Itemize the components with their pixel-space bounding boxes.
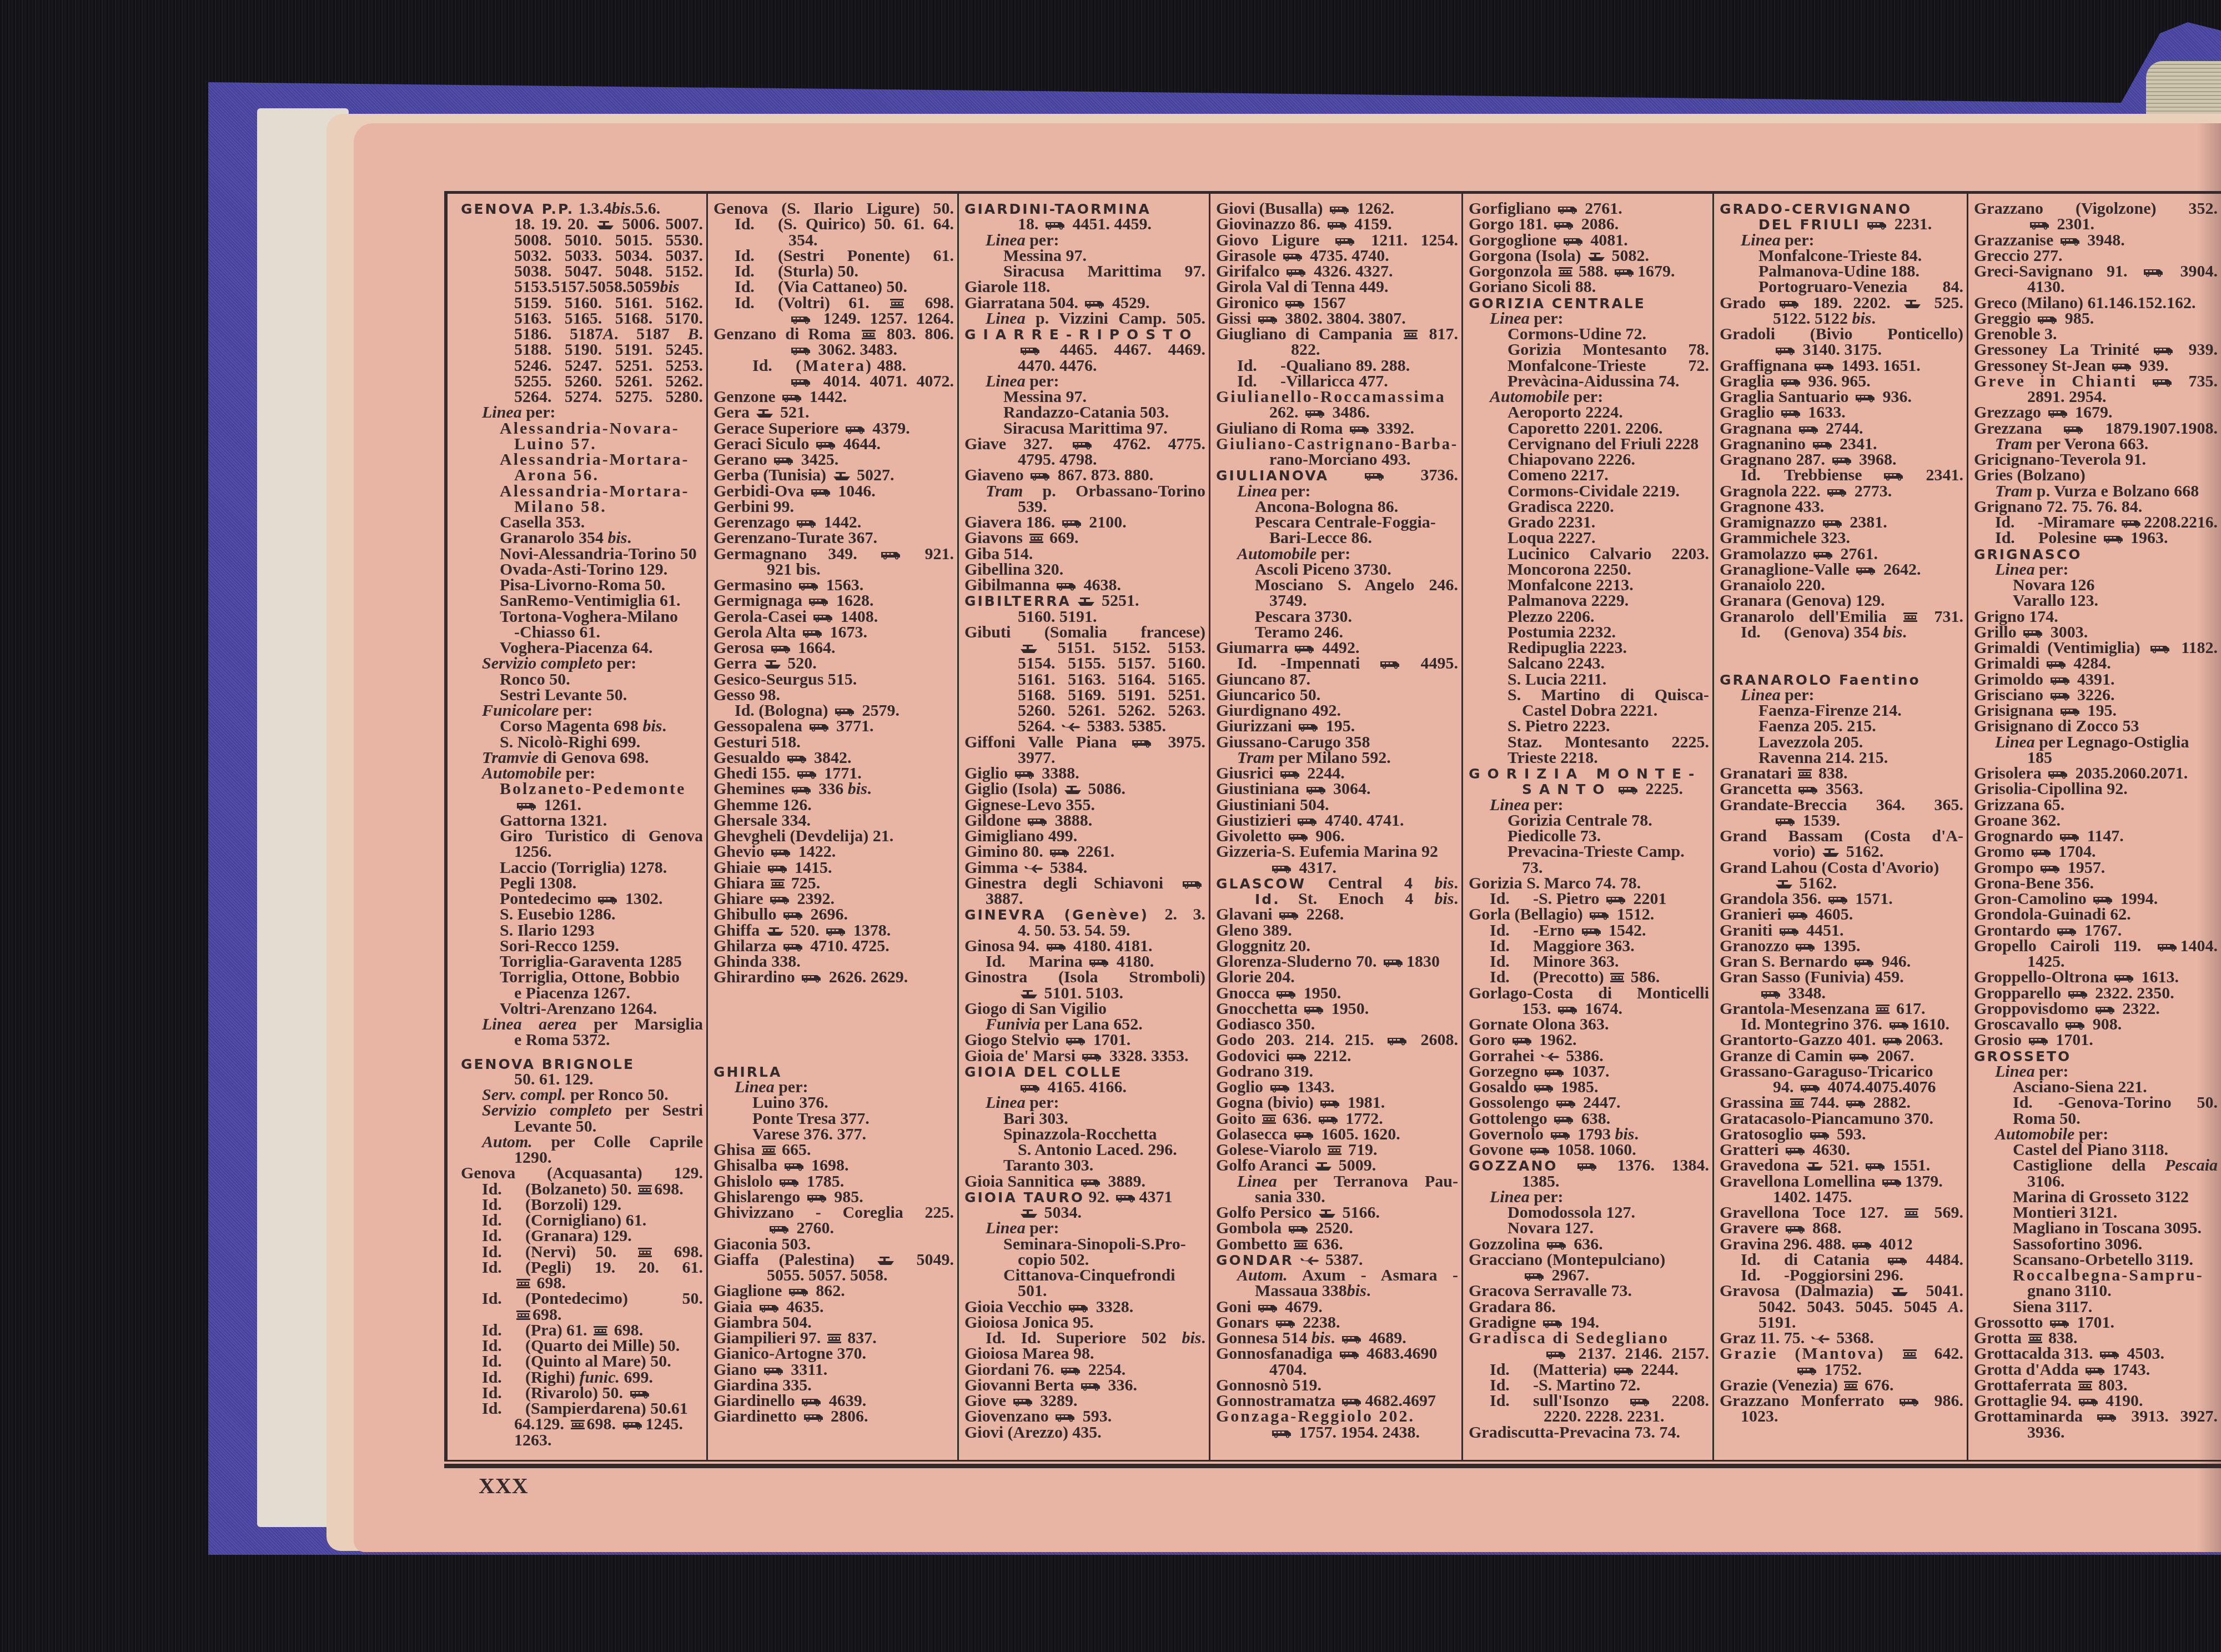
entry-text: Gorzegno 1037.	[1469, 1064, 1609, 1079]
id-label: Id.	[482, 1338, 525, 1354]
italic-label: bis	[848, 780, 867, 798]
bus-icon	[2096, 1413, 2118, 1422]
entry-text: Giglio 3388.	[964, 766, 1079, 781]
entry-detail: Id.(Genova) 354 bis.	[1720, 625, 1963, 640]
entry-text: Grassina 744. 2882.	[1720, 1095, 1911, 1111]
entry-text: Id.(Genova) 354 bis.	[1741, 625, 1907, 640]
entry-text: Voltri-Arenzano 1264.	[500, 1001, 657, 1017]
tram-icon	[570, 1419, 585, 1430]
tram-icon	[1262, 1114, 1277, 1124]
entry-text: Grenoble 3.	[1974, 327, 2057, 342]
entry-text: Id.(Righi) funic. 699.	[482, 1370, 653, 1385]
entry-text: Golese-Viarolo 719.	[1216, 1142, 1377, 1158]
entry-text: Automobile per:	[1995, 1127, 2108, 1142]
entry-text: Gosaldo 1985.	[1469, 1079, 1599, 1095]
entry-text: Gropparello 2322. 2350.	[1974, 986, 2174, 1001]
entry-detail: 698.	[461, 1307, 703, 1323]
bus-icon	[1542, 1319, 1564, 1328]
entry-detail: 5008. 5010. 5015. 5530.	[461, 233, 703, 248]
entry-text: Gornate Olona 363.	[1469, 1017, 1609, 1032]
station-entry: Gerbidi-Ova 1046.	[713, 484, 954, 499]
entry-detail: Aeroporto 2224.	[1469, 405, 1709, 420]
station-entry: Golfo Persico 5166.	[1216, 1205, 1458, 1221]
entry-text: SanRemo-Ventimiglia 61.	[500, 593, 681, 609]
entry-text: Germasino 1563.	[713, 578, 863, 593]
id-label: Id.	[482, 1354, 525, 1369]
entry-text: 5264. 5274. 5275. 5280.	[514, 389, 703, 405]
entry-detail: Linea per:	[964, 233, 1205, 248]
entry-detail: 4165. 4166.	[964, 1079, 1205, 1095]
entry-text: 5246. 5247. 5251. 5253.	[514, 358, 703, 374]
entry-detail: 5154. 5155. 5157. 5160.	[964, 656, 1205, 671]
entry-detail: Magliano in Toscana 3095.	[1974, 1221, 2218, 1236]
entry-detail: Caporetto 2201. 2206.	[1469, 421, 1709, 436]
entry-text: Cormons-Cividale 2219.	[1508, 484, 1680, 499]
station-entry: Grotta d'Adda 1743.	[1974, 1362, 2218, 1378]
entry-detail: 5255. 5260. 5261. 5262.	[461, 374, 703, 389]
entry-detail: Scansano-Orbetello 3119.	[1974, 1252, 2218, 1268]
entry-text: 5038. 5047. 5048. 5152.	[514, 264, 703, 279]
entry-text: Ghiffa 520. 1378.	[713, 923, 891, 938]
station-entry: Gratacasolo-Piancamuno 370.	[1720, 1111, 1963, 1127]
entry-detail: Id.(Rivarolo) 50.	[461, 1385, 703, 1401]
entry-detail: Cittanova-Cinquefrondi	[964, 1268, 1205, 1283]
entry-text: Girifalco 4326. 4327.	[1216, 264, 1393, 279]
entry-text: Gries (Bolzano)	[1974, 468, 2086, 483]
entry-detail: Grado 2231.	[1469, 515, 1709, 530]
entry-text: Id.(Nervi) 50. 698.	[482, 1244, 703, 1260]
entry-text: Varallo 123.	[2013, 593, 2098, 609]
italic-label: bis	[1434, 890, 1454, 908]
entry-text: Bari 303.	[1003, 1111, 1068, 1127]
station-entry: Giussano-Carugo 358	[1216, 735, 1458, 750]
bus-icon	[1557, 205, 1579, 214]
bus-icon	[810, 488, 832, 497]
entry-text: Ghevgheli (Devdelija) 21.	[713, 828, 893, 844]
bus-icon	[1605, 895, 1627, 905]
entry-detail: S. Martino di Quisca-	[1469, 687, 1709, 703]
station-entry: GORIZIA MONTE-	[1469, 766, 1709, 781]
entry-detail: Tramvie di Genova 698.	[461, 750, 703, 766]
station-entry: Godrano 319.	[1216, 1064, 1458, 1079]
entry-text: Giro Turistico di Genova	[500, 828, 703, 844]
entry-text: Grontardo 1767.	[1974, 923, 2122, 938]
station-entry: Gravellona Lomellina 1379.	[1720, 1174, 1963, 1189]
entry-text: Golasecca 1605. 1620.	[1216, 1127, 1400, 1142]
entry-detail: 64.129. 698. 1245.	[461, 1417, 703, 1432]
station-entry: Gerola Alta 1673.	[713, 625, 954, 640]
entry-text: Staz. Montesanto 2225.	[1508, 735, 1709, 750]
bus-icon	[845, 425, 867, 434]
entry-detail: Linea per:	[1720, 687, 1963, 703]
station-entry: Gironico 1567	[1216, 295, 1458, 311]
tram-icon	[516, 1310, 531, 1320]
entry-detail: Laccio (Torriglia) 1278.	[461, 860, 703, 876]
entry-text: Arona 56.	[514, 468, 599, 483]
station-entry: Ghilarza 4710. 4725.	[713, 938, 954, 954]
entry-text: Taranto 303.	[1003, 1158, 1093, 1173]
entry-text: Germagnano 349. 921.	[713, 546, 954, 562]
entry-detail: Id.-Poggiorsini 296.	[1720, 1268, 1963, 1283]
bus-icon	[1629, 1397, 1651, 1407]
bus-icon	[1279, 770, 1302, 779]
station-entry: Giano 3311.	[713, 1362, 954, 1378]
entry-text: Giarratana 504. 4529.	[964, 295, 1149, 311]
entry-detail: Castiglione della Pescaia	[1974, 1158, 2218, 1173]
entry-text: 18. 19. 20. 5006. 5007.	[514, 217, 703, 232]
entry-text: Goito 636. 1772.	[1216, 1111, 1383, 1127]
entry-text: Giampilieri 97. 837.	[713, 1330, 877, 1346]
bus-icon	[2037, 315, 2059, 324]
entry-text: Gignese-Levo 355.	[964, 797, 1095, 813]
entry-detail: 4465. 4467. 4469.	[964, 342, 1205, 358]
entry-text: Granieri 4605.	[1720, 907, 1853, 922]
bus-icon	[1529, 1146, 1551, 1156]
bus-icon	[1855, 393, 1877, 403]
entry-text: Gimma 5384.	[964, 860, 1087, 876]
tram-icon	[1903, 612, 1918, 622]
entry-detail: Automobile per:	[1216, 546, 1458, 562]
entry-text: Gradoli (Bivio Ponticello)	[1720, 327, 1963, 342]
entry-text: Genova (Acquasanta) 129.	[461, 1166, 703, 1181]
station-entry: Govone 1058. 1060.	[1469, 1142, 1709, 1158]
station-entry: Ghiare 2392.	[713, 891, 954, 907]
entry-text: Ghemme 126.	[713, 797, 812, 813]
entry-detail: 1249. 1257. 1264.	[713, 311, 954, 327]
station-entry: Gradigne 194.	[1469, 1315, 1709, 1330]
entry-detail: Ponte Tresa 377.	[713, 1111, 954, 1127]
entry-detail: Prevacina-Trieste Camp.	[1469, 844, 1709, 860]
entry-detail: Prevàcina-Aidussina 74.	[1469, 374, 1709, 389]
entry-text: Siracusa Marittima 97.	[1003, 421, 1168, 436]
entry-text: Randazzo-Catania 503.	[1003, 405, 1169, 420]
index-column-7: Grazzano (Vigolzone) 352. 2301.Grazzanis…	[1968, 194, 2221, 1460]
entry-text: Castiglione della Pescaia	[2013, 1158, 2218, 1173]
entry-detail: 3887.	[964, 891, 1205, 907]
entry-text: Gonnosfanadiga 4683.4690	[1216, 1346, 1438, 1362]
entry-text: Ancona-Bologna 86.	[1255, 499, 1398, 515]
entry-text: Id.Polesine 1963.	[1995, 530, 2168, 546]
entry-text: Goro 1962.	[1469, 1032, 1577, 1048]
bus-icon	[1275, 1319, 1297, 1328]
entry-text: Gorizia S. Marco 74. 78.	[1469, 876, 1641, 891]
entry-text: Plezzo 2206.	[1508, 609, 1595, 625]
entry-text: 3749.	[1269, 593, 1307, 609]
bus-icon	[1088, 958, 1110, 967]
station-heading: GRADO-CERVIGNANO	[1720, 201, 1912, 217]
ship-icon	[832, 471, 851, 481]
entry-text: Id.(Borzoli) 129.	[482, 1197, 621, 1213]
station-entry: Grazzano Monferrato 986.	[1720, 1393, 1963, 1409]
entry-text: Monfalcone 2213.	[1508, 578, 1634, 593]
bus-icon	[1115, 1193, 1137, 1203]
bus-icon	[1798, 425, 1820, 434]
entry-detail: Linea per:	[1720, 233, 1963, 248]
entry-text: Gerola-Casei 1408.	[713, 609, 878, 625]
entry-text: 5122. 5122 bis.	[1773, 311, 1876, 327]
entry-text: Ghisa 665.	[713, 1142, 811, 1158]
entry-text: Giuncano 87.	[1216, 672, 1310, 687]
entry-text: Tortona-Voghera-Milano	[500, 609, 678, 625]
entry-text: Gironico 1567	[1216, 295, 1346, 311]
entry-detail: 5260. 5261. 5262. 5263.	[964, 703, 1205, 719]
entry-text: Messina 97.	[1003, 389, 1087, 405]
entry-detail: Id.(Nervi) 50. 698.	[461, 1244, 703, 1260]
italic-label: Pescaia	[2165, 1156, 2218, 1174]
station-entry: Grimaldi (Ventimiglia) 1182.	[1974, 640, 2218, 656]
entry-detail: 2967.	[1469, 1268, 1709, 1283]
entry-text: Tramvie di Genova 698.	[482, 750, 649, 766]
entry-text: Servizio completo per:	[482, 656, 636, 671]
entry-text: 3977.	[1018, 750, 1056, 766]
entry-text: Gioia Vecchio 3328.	[964, 1299, 1133, 1315]
station-entry: Ghiaie 1415.	[713, 860, 954, 876]
station-entry: Graffignana 1493. 1651.	[1720, 358, 1963, 374]
station-entry: GENOVA BRIGNOLE	[461, 1056, 703, 1072]
station-entry: GIARDINI-TAORMINA	[964, 201, 1205, 217]
entry-text: Genzano di Roma 803. 806.	[713, 327, 954, 342]
bus-icon	[1080, 1178, 1102, 1187]
entry-text: Gradisca 2220.	[1508, 499, 1614, 515]
station-heading: GIBILTERRA	[964, 593, 1071, 609]
station-entry: Gron-Camolino 1994.	[1974, 891, 2218, 907]
bus-icon	[1044, 220, 1067, 230]
bus-icon	[2092, 895, 2114, 905]
entry-text: Linea per:	[986, 374, 1059, 389]
station-entry: GIOIA TAURO 92. 4371	[964, 1189, 1205, 1205]
station-entry: Grillo 3003.	[1974, 625, 2218, 640]
station-entry: Gesturi 518.	[713, 735, 954, 750]
entry-detail: Ovada-Asti-Torino 129.	[461, 562, 703, 578]
entry-text: Gravedona 521. 1551.	[1720, 1158, 1930, 1173]
bus-icon	[2059, 832, 2081, 842]
station-entry: Greve in Chianti 735.	[1974, 374, 2218, 389]
station-entry: Gonars 2238.	[1216, 1315, 1458, 1330]
entry-text: Giurizzani 195.	[1216, 719, 1355, 734]
entry-text: Torriglia-Garaventa 1285	[500, 954, 682, 970]
entry-text: Gerba (Tunisia) 5027.	[713, 468, 895, 483]
entry-text: Gioiosa Marea 98.	[964, 1346, 1094, 1362]
entry-text: Giardinetto 2806.	[713, 1409, 868, 1424]
index-table: GENOVA P.P. 1.3.4bis.5.6.18. 19. 20. 500…	[444, 191, 2221, 1462]
entry-detail: Linea per:	[1469, 1189, 1709, 1205]
ship-icon	[1314, 1161, 1333, 1171]
id-label: Id.	[1995, 515, 2038, 530]
entry-text: Giano 3311.	[713, 1362, 827, 1378]
station-entry: Giardinello 4639.	[713, 1393, 954, 1409]
entry-detail: Tram p. Vurza e Bolzano 668	[1974, 484, 2218, 499]
entry-text: Grigno 174.	[1974, 609, 2058, 625]
entry-text: Gracciano (Montepulciano)	[1469, 1252, 1665, 1268]
entry-text: Giogo di San Vigilio	[964, 1001, 1107, 1017]
spaced-text: Bolzaneto-Pedemonte	[500, 780, 686, 798]
entry-detail: Id.-S. Pietro 2201	[1469, 891, 1709, 907]
station-entry: GENOVA P.P. 1.3.4bis.5.6.	[461, 201, 703, 217]
entry-text: S. Martino di Quisca-	[1508, 687, 1709, 703]
entry-detail: 5168. 5169. 5191. 5251.	[964, 687, 1205, 703]
entry-text: 3936.	[2027, 1425, 2065, 1440]
station-entry: Golfo Aranci 5009.	[1216, 1158, 1458, 1173]
entry-text: Govone 1058. 1060.	[1469, 1142, 1636, 1158]
entry-text: 2891. 2954.	[2027, 389, 2107, 405]
entry-detail: Id.(Righi) funic. 699.	[461, 1370, 703, 1385]
bus-icon	[788, 1287, 810, 1297]
station-entry: Grona-Bene 356.	[1974, 876, 2218, 891]
ship-icon	[1903, 299, 1922, 309]
station-entry: Ghiffa 520. 1378.	[713, 923, 954, 938]
bus-icon	[770, 848, 792, 857]
bus-icon	[768, 1224, 791, 1234]
station-entry: Germagnano 349. 921.	[713, 546, 954, 562]
entry-text: Grazzano (Vigolzone) 352.	[1974, 201, 2218, 217]
tram-icon	[1029, 533, 1044, 544]
tram-icon	[637, 1247, 652, 1258]
station-entry: Granaiolo 220.	[1720, 578, 1963, 593]
entry-detail: 5191.	[1720, 1315, 1963, 1330]
index-column-2: Genova (S. Ilario Ligure) 50.Id.(S. Quir…	[708, 194, 959, 1460]
entry-text: Gossolengo 2447.	[1469, 1095, 1621, 1111]
entry-text: Gerra 520.	[713, 656, 817, 671]
tram-icon	[770, 878, 785, 889]
entry-text: Giustizieri 4740. 4741.	[1216, 813, 1404, 828]
bus-icon	[2078, 1397, 2100, 1407]
entry-text: Bolzaneto-Pedemonte	[500, 781, 686, 797]
entry-text: Gonnesa 514 bis. 4689.	[1216, 1330, 1406, 1346]
entry-detail: 5153.5157.5058.5059bis	[461, 279, 703, 295]
entry-text: Ghislarengo 985.	[713, 1189, 863, 1205]
entry-detail: 1425.	[1974, 954, 2218, 970]
entry-detail: 5034.	[964, 1205, 1205, 1221]
entry-detail: 18. 19. 20. 5006. 5007.	[461, 217, 703, 232]
entry-detail: 1539.	[1720, 813, 1963, 828]
ship-icon	[596, 220, 615, 230]
station-entry: Grandate-Breccia 364. 365.	[1720, 797, 1963, 813]
entry-text: 1023.	[1741, 1409, 1778, 1424]
entry-text: Gera 521.	[713, 405, 809, 420]
id-label: Id.	[752, 358, 796, 374]
entry-text: gnano 3110.	[2027, 1283, 2112, 1299]
station-entry: Giugliano di Campania 817.	[1216, 327, 1458, 342]
entry-text: Ghiare 2392.	[713, 891, 835, 907]
entry-text: Pescara Centrale-Foggia-	[1255, 515, 1436, 530]
entry-detail: Cormons-Udine 72.	[1469, 327, 1709, 342]
entry-detail: Luino 376.	[713, 1095, 954, 1111]
station-entry: Gravosa (Dalmazia) 5041.	[1720, 1283, 1963, 1299]
entry-text: Gragnone 433.	[1720, 499, 1824, 515]
entry-text: Gonzaga-Reggiolo 202.	[1216, 1409, 1415, 1424]
station-entry: Giulianello-Roccamassima	[1216, 389, 1458, 405]
station-entry: Grotta 838.	[1974, 1330, 2218, 1346]
entry-text: Grossotto 1701.	[1974, 1315, 2114, 1330]
entry-detail: Staz. Montesanto 2225.	[1469, 735, 1709, 750]
id-label: Id.	[1237, 358, 1280, 374]
entry-detail: Funivia per Lana 652.	[964, 1017, 1205, 1032]
entry-text: Id.(Sampierdarena) 50.61	[482, 1401, 688, 1417]
entry-detail: Pescara 3730.	[1216, 609, 1458, 625]
bus-icon	[1294, 644, 1316, 654]
entry-text: Gombetto 636.	[1216, 1237, 1343, 1252]
entry-text: 5055. 5057. 5058.	[767, 1268, 888, 1283]
station-entry: Grantorto-Gazzo 401. 2063.	[1720, 1032, 1963, 1048]
entry-text: Loqua 2227.	[1508, 530, 1595, 546]
entry-text: Grazie (Venezia) 676.	[1720, 1378, 1893, 1393]
entry-detail: Autom. Axum - Asmara -	[1216, 1268, 1458, 1283]
entry-detail: Milano 58.	[461, 499, 703, 515]
entry-text: Automobile per:	[1237, 546, 1350, 562]
station-entry: Ginosa 94. 4180. 4181.	[964, 938, 1205, 954]
entry-text: 5159. 5160. 5161. 5162.	[514, 295, 703, 311]
bus-icon	[1326, 220, 1349, 230]
station-entry: Grandola 356. 1571.	[1720, 891, 1963, 907]
bus-icon	[1318, 1115, 1340, 1124]
bus-icon	[1778, 299, 1801, 309]
station-entry: Gorfigliano 2761.	[1469, 201, 1709, 217]
entry-text: Ghevio 1422.	[713, 844, 836, 860]
bus-icon	[790, 315, 812, 324]
entry-detail: Torriglia-Garaventa 1285	[461, 954, 703, 970]
bus-icon	[1883, 471, 1905, 481]
tram-icon	[1790, 1098, 1805, 1108]
entry-detail: Pisa-Livorno-Roma 50.	[461, 578, 703, 593]
entry-detail: 3977.	[964, 750, 1205, 766]
station-entry: Genova (S. Ilario Ligure) 50.	[713, 201, 954, 217]
station-entry: Giuliano di Roma 3392.	[1216, 421, 1458, 436]
entry-text: Cittanova-Cinquefrondi	[1003, 1268, 1175, 1283]
entry-text: Linea per:	[1237, 484, 1310, 499]
entry-text: Grezzago 1679.	[1974, 405, 2113, 420]
entry-text: Gibuti (Somalia francese)	[964, 625, 1205, 640]
entry-text: Torriglia, Ottone, Bobbio	[500, 970, 680, 985]
station-entry: Giavons 669.	[964, 530, 1205, 546]
entry-text: Genova (S. Ilario Ligure) 50.	[713, 201, 954, 217]
italic-label: Linea	[986, 309, 1026, 328]
entry-text: Grandate-Breccia 364. 365.	[1720, 797, 1963, 813]
station-entry: Ghersale 334.	[713, 813, 954, 828]
bus-icon	[1845, 1099, 1867, 1108]
entry-detail: Linea per:	[964, 1095, 1205, 1111]
entry-detail: 3140. 3175.	[1720, 342, 1963, 358]
entry-detail: Novara 126	[1974, 578, 2218, 593]
entry-text: Gizzeria-S. Eufemia Marina 92	[1216, 844, 1438, 860]
entry-text: -Chiasso 61.	[514, 625, 600, 640]
entry-text: Granaiolo 220.	[1720, 578, 1825, 593]
bus-icon	[1386, 1036, 1409, 1046]
bus-icon	[1524, 1272, 1546, 1281]
entry-text: Id.-Impennati 4495.	[1237, 656, 1458, 671]
station-entry: Gerenzano-Turate 367.	[713, 530, 954, 546]
entry-text: Gonnosnò 519.	[1216, 1378, 1321, 1393]
entry-detail: 5162.	[1720, 876, 1963, 891]
station-entry: Grompo 1957.	[1974, 860, 2218, 876]
entry-text: Godrano 319.	[1216, 1064, 1313, 1079]
entry-detail: Plezzo 2206.	[1469, 609, 1709, 625]
ship-icon	[1805, 1161, 1824, 1171]
entry-text: Giaveno 867. 873. 880.	[964, 468, 1153, 483]
entry-detail: Sori-Recco 1259.	[461, 938, 703, 954]
entry-text: Montieri 3121.	[2013, 1205, 2117, 1221]
entry-detail: Linea per:	[461, 405, 703, 420]
bus-icon	[2047, 409, 2069, 418]
entry-text: Roma 50.	[2013, 1111, 2081, 1127]
bus-icon	[1293, 1131, 1315, 1140]
entry-detail: Id.(Bolzaneto) 50. 698.	[461, 1182, 703, 1197]
bus-icon	[1822, 519, 1844, 528]
entry-detail: SANTO 2225.	[1469, 781, 1709, 797]
entry-detail: 3936.	[1974, 1425, 2218, 1440]
entry-text: 539.	[1018, 499, 1047, 515]
entry-text: Id.Marina 4180.	[986, 954, 1154, 970]
station-entry: Governolo 1793 bis.	[1469, 1127, 1709, 1142]
